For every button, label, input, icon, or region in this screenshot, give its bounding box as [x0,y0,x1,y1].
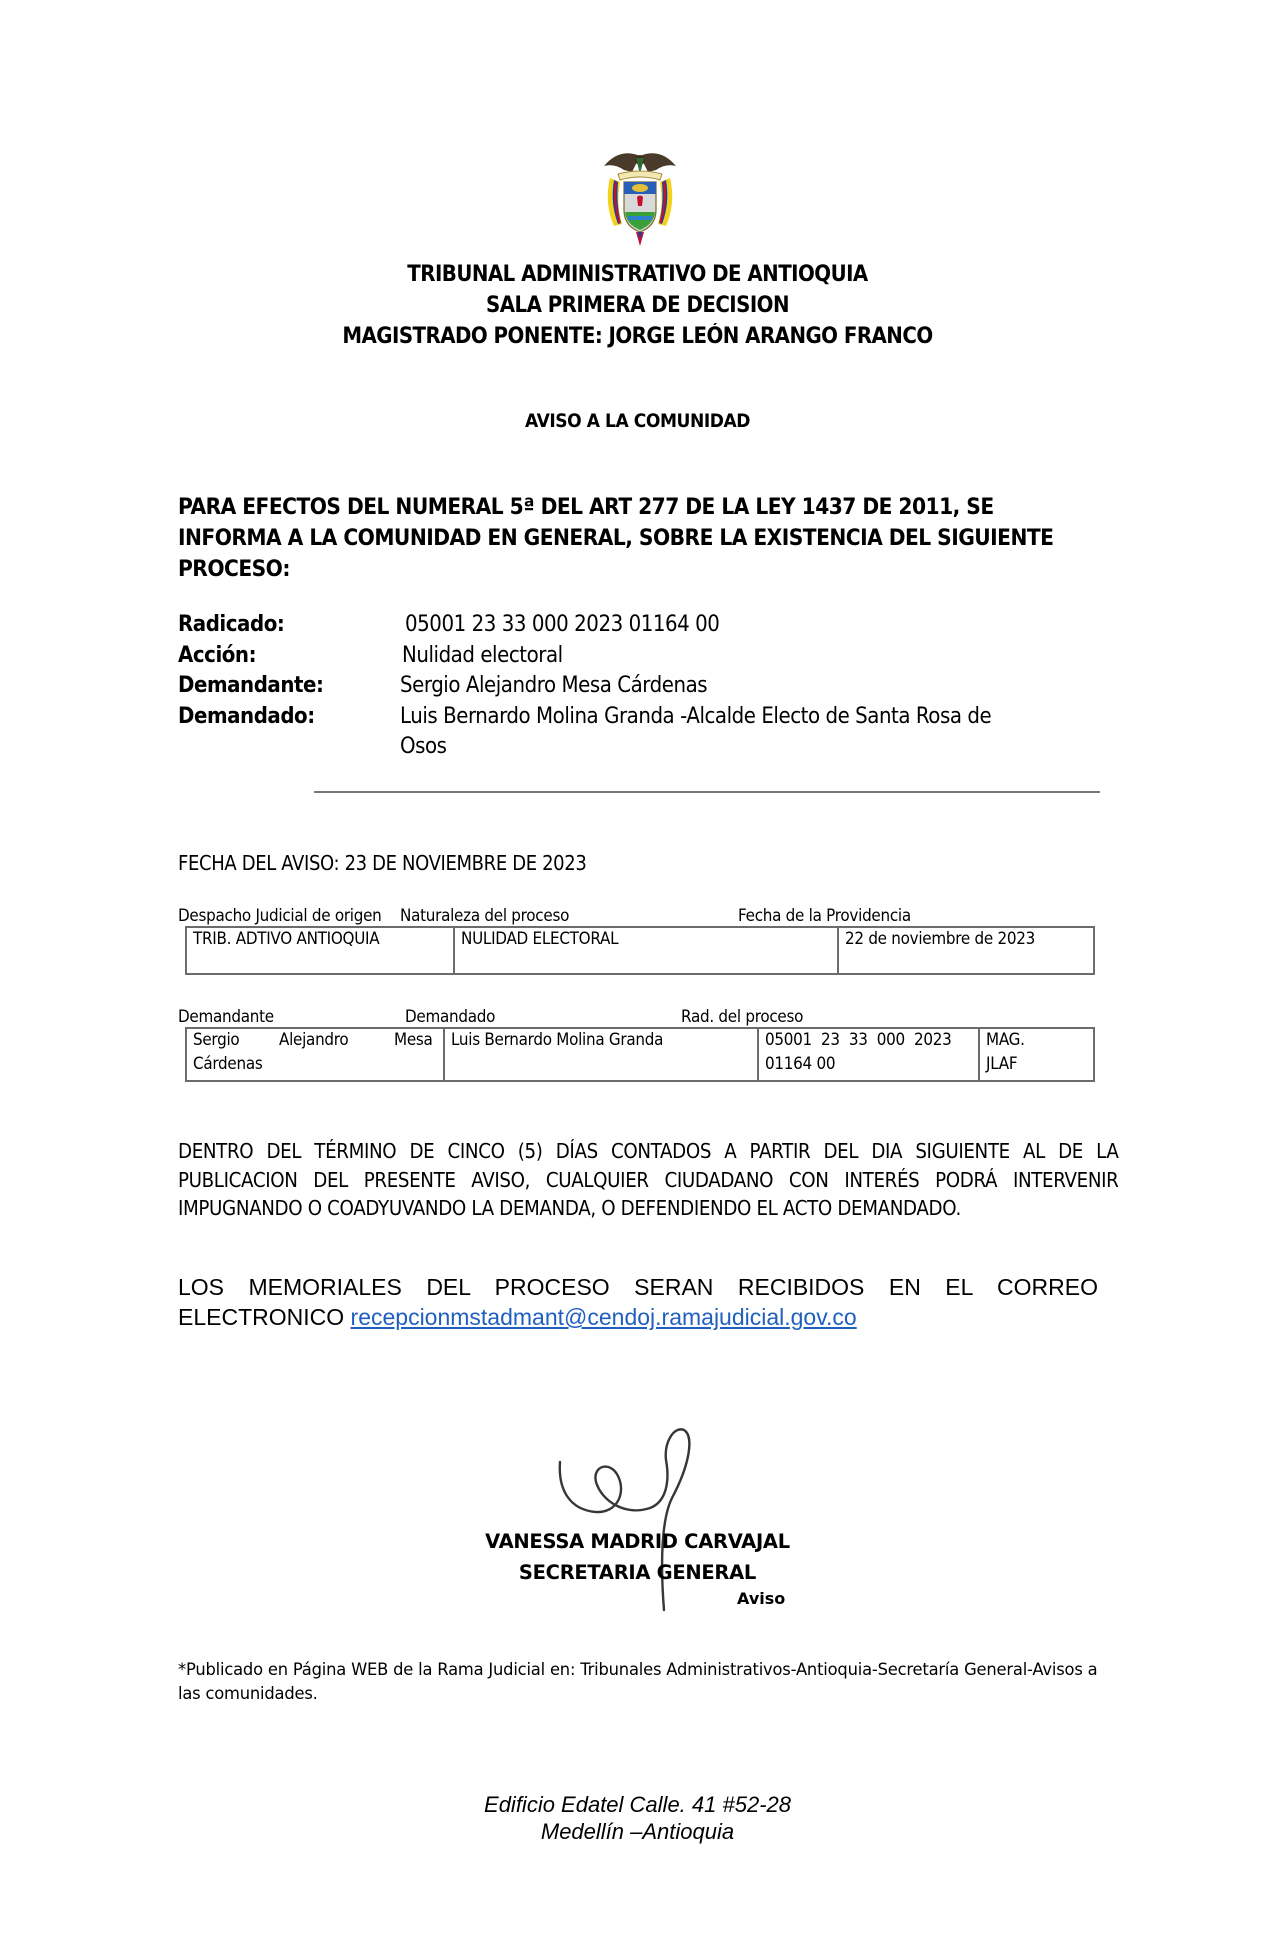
table1-col-divider [837,928,839,973]
email-link[interactable]: recepcionmstadmant@cendoj.ramajudicial.g… [351,1304,857,1330]
table2-col-divider [757,1029,759,1080]
chamber-name: SALA PRIMERA DE DECISION [64,293,1212,318]
signer-title: SECRETARIA GENERAL [0,1561,1275,1584]
demandado-value-line2: Osos [400,734,447,759]
memorials-paragraph: LOS MEMORIALES DEL PROCESO SERAN RECIBID… [178,1272,1098,1332]
table2-col-divider [443,1029,445,1080]
footer-city: Medellín –Antioquia [0,1819,1275,1845]
table2-cell-demandante-word1: Sergio [193,1030,239,1049]
radicado-label: Radicado: [178,612,284,637]
table2: Sergio Alejandro Mesa Cárdenas Luis Bern… [185,1027,1095,1082]
table1-header-fecha: Fecha de la Providencia [738,906,911,925]
demandante-label: Demandante: [178,673,323,698]
memorials-line2-prefix: ELECTRONICO [178,1304,351,1330]
colombia-coat-of-arms-icon [596,148,684,248]
divider [314,791,1100,793]
radicado-value: 05001 23 33 000 2023 01164 00 [405,612,719,637]
intervention-notice: DENTRO DEL TÉRMINO DE CINCO (5) DÍAS CON… [178,1137,1119,1223]
table1-cell-naturaleza: NULIDAD ELECTORAL [461,929,618,948]
table2-header-demandante: Demandante [178,1007,274,1026]
handwritten-signature-icon [548,1420,728,1620]
table2-col-divider [978,1029,980,1080]
accion-label: Acción: [178,643,256,668]
signature-tag: Aviso [737,1589,785,1608]
document-title: AVISO A LA COMUNIDAD [64,410,1212,432]
table2-header-demandado: Demandado [405,1007,495,1026]
demandante-value: Sergio Alejandro Mesa Cárdenas [400,673,707,698]
table2-cell-mag-line1: MAG. [986,1030,1025,1049]
demandado-value-line1: Luis Bernardo Molina Granda -Alcalde Ele… [400,704,991,729]
table2-cell-mag-line2: JLAF [986,1054,1017,1073]
demandado-label: Demandado: [178,704,315,729]
table1: TRIB. ADTIVO ANTIOQUIA NULIDAD ELECTORAL… [185,926,1095,975]
table1-header-naturaleza: Naturaleza del proceso [400,906,569,925]
notice-date: FECHA DEL AVISO: 23 DE NOVIEMBRE DE 2023 [178,851,586,875]
table1-col-divider [453,928,455,973]
table1-cell-despacho: TRIB. ADTIVO ANTIOQUIA [193,929,379,948]
table1-header-despacho: Despacho Judicial de origen [178,906,382,925]
table2-cell-rad-line2: 01164 00 [765,1054,835,1073]
table2-cell-demandado: Luis Bernardo Molina Granda [451,1030,663,1049]
table2-cell-demandante-word3: Mesa [394,1030,433,1049]
table2-header-rad: Rad. del proceso [681,1007,803,1026]
memorials-line1: LOS MEMORIALES DEL PROCESO SERAN RECIBID… [178,1272,1098,1302]
intro-paragraph: PARA EFECTOS DEL NUMERAL 5ª DEL ART 277 … [178,492,1096,585]
table2-cell-demandante-line2: Cárdenas [193,1054,262,1073]
signer-name: VANESSA MADRID CARVAJAL [0,1530,1275,1553]
footer-address: Edificio Edatel Calle. 41 #52-28 [0,1792,1275,1818]
table1-cell-fecha: 22 de noviembre de 2023 [845,929,1035,948]
table2-cell-rad-line1: 05001 23 33 000 2023 [765,1030,952,1049]
accion-value: Nulidad electoral [402,643,563,668]
table2-cell-demandante-word2: Alejandro [279,1030,348,1049]
publication-note: *Publicado en Página WEB de la Rama Judi… [178,1658,1119,1706]
magistrate-name: MAGISTRADO PONENTE: JORGE LEÓN ARANGO FR… [64,324,1212,349]
court-name: TRIBUNAL ADMINISTRATIVO DE ANTIOQUIA [64,262,1212,287]
